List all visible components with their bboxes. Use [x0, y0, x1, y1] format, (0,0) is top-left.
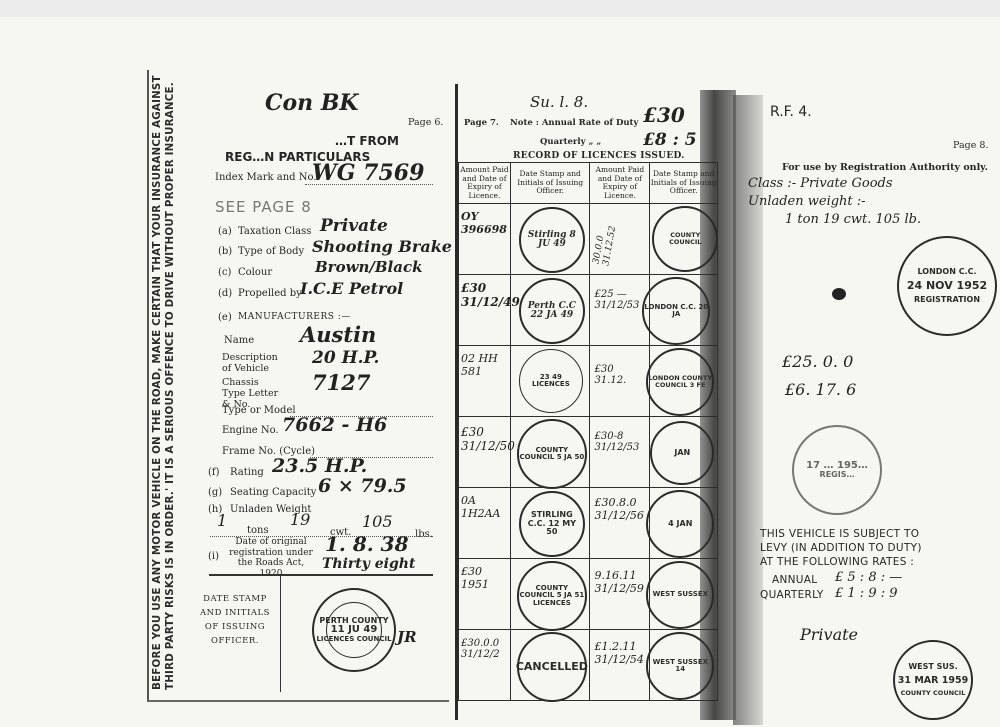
scan-background-strip — [0, 0, 1000, 18]
label-lbs: lbs. — [415, 529, 433, 540]
amount-cell: £30-8 31/12/53 — [594, 431, 646, 453]
stamp-bottom-text: REGISTRATION — [914, 296, 980, 304]
value-cwt: 19 — [290, 510, 310, 529]
key-f: (f) — [208, 467, 220, 478]
amount-cell: £30.0.0 31/12/2 — [461, 638, 509, 660]
stamp-bottom-text: COUNTY COUNCIL — [901, 690, 966, 697]
amount-cell: £25 — 31/12/53 — [594, 289, 646, 311]
licence-stamp: STIRLING C.C. 12 MY 50 — [519, 491, 585, 557]
divider-line — [280, 574, 281, 692]
levy-quarterly-value: £ 1 : 9 : 9 — [835, 586, 898, 601]
levy-line-1: THIS VEHICLE IS SUBJECT TO — [760, 527, 919, 541]
annotation-su-l-8: Su. l. 8. — [530, 93, 588, 111]
levy-quarterly-label: QUARTERLY — [760, 588, 824, 602]
amount-cell: £30 1951 — [461, 565, 509, 591]
page-number-6: Page 6. — [408, 117, 443, 128]
value-lbs: 105 — [362, 512, 393, 531]
insurance-warning-sidebar: BEFORE YOU USE ANY MOTOR VEHICLE ON THE … — [151, 70, 177, 690]
label-seating-capacity: Seating Capacity — [230, 487, 316, 498]
key-e: (e) — [218, 312, 232, 323]
london-cc-registration-stamp: LONDON C.C. 24 NOV 1952 REGISTRATION — [897, 236, 997, 336]
levy-line-2: LEVY (IN ADDITION TO DUTY) — [760, 541, 922, 555]
note-class: Class :- Private Goods — [748, 176, 893, 191]
page-number-8: Page 8. — [953, 140, 988, 151]
value-registration-date: 1. 8. 38 — [325, 532, 409, 556]
amount-cell: £30 31.12. — [594, 364, 646, 386]
label-propelled-by: Propelled by — [238, 288, 302, 299]
annotation-con-bk: Con BK — [265, 90, 359, 116]
faded-registration-stamp: 17 … 195… REGIS… — [792, 425, 882, 515]
value-engine-no: 7662 - H6 — [282, 414, 387, 436]
licence-stamp: COUNTY COUNCIL 5 JA 50 — [517, 419, 587, 489]
column-header: Date Stamp and Initials of Issuing Offic… — [510, 163, 590, 204]
west-sussex-county-council-stamp: WEST SUS. 31 MAR 1959 COUNTY COUNCIL — [893, 640, 973, 720]
amount-cell: 9.16.11 31/12/59 — [594, 569, 646, 595]
stamp-text: Stirling 8 JU 49 — [521, 231, 583, 250]
stamp-text: COUNTY COUNCIL 5 JA 51 LICENCES — [519, 585, 585, 607]
binding-shadow — [700, 90, 736, 720]
stamp-text: STIRLING C.C. 12 MY 50 — [521, 511, 583, 536]
table-row: OY 396698 Stirling 8 JU 49 30.0.0 31.12.… — [459, 204, 718, 275]
amount-25: £25. 0. 0 — [782, 352, 853, 371]
form-code: R.F. 4. — [770, 104, 812, 120]
label-colour: Colour — [238, 267, 272, 278]
key-g: (g) — [208, 487, 222, 498]
table-row: £30 31/12/50 COUNTY COUNCIL 5 JA 50 £30-… — [459, 417, 718, 488]
stamp-date: 24 NOV 1952 — [907, 280, 987, 292]
dotted-line — [305, 184, 433, 185]
date-stamp-box-label: DATE STAMP AND INITIALS OF ISSUING OFFIC… — [200, 592, 270, 648]
key-b: (b) — [218, 246, 232, 257]
value-taxation-class: Private — [320, 216, 388, 236]
column-header: Amount Paid and Date of Expiry of Licenc… — [590, 163, 650, 204]
amount-cell: £30 31/12/50 — [461, 425, 509, 453]
stamp-text: LONDON C.C. 20 JA — [644, 304, 708, 319]
value-chassis: 7127 — [312, 370, 370, 395]
key-d: (d) — [218, 288, 232, 299]
label-date-original-registration: Date of original registration under the … — [226, 537, 316, 579]
quarterly-label: Quarterly „ „ — [540, 137, 601, 147]
value-rating: 23.5 H.P. — [272, 455, 367, 477]
note-unladen-weight: Unladen weight :- — [748, 194, 866, 209]
issuing-officer-initials: JR — [397, 628, 417, 646]
label-tons: tons — [247, 525, 269, 536]
levy-annual-label: ANNUAL — [772, 573, 817, 587]
perth-county-council-stamp: PERTH COUNTY 11 JU 49 LICENCES COUNCIL — [312, 588, 396, 672]
levy-line-3: AT THE FOLLOWING RATES : — [760, 555, 914, 569]
label-type-of-body: Type of Body — [238, 246, 304, 257]
amount-cell: £30.8.0 31/12/56 — [594, 496, 646, 522]
note-weight-value: 1 ton 19 cwt. 105 lb. — [785, 212, 921, 227]
stamp-text: 4 JAN — [668, 520, 692, 528]
amount-cell: 30.0.0 31.12.52 — [592, 212, 621, 267]
stamp-top-text: WEST SUS. — [908, 663, 957, 671]
label-manufacturers: MANUFACTURERS :— — [238, 312, 351, 322]
table-row: 0A 1H2AA STIRLING C.C. 12 MY 50 £30.8.0 … — [459, 488, 718, 559]
licence-stamp: COUNTY COUNCIL 5 JA 51 LICENCES — [517, 561, 587, 631]
label-rating: Rating — [230, 467, 264, 478]
label-taxation-class: Taxation Class — [238, 226, 311, 237]
stamp-text: Perth C.C 22 JA 49 — [521, 302, 583, 321]
ink-blot — [832, 288, 846, 300]
licence-stamp: Perth C.C 22 JA 49 — [519, 278, 585, 344]
table-row: £30 1951 COUNTY COUNCIL 5 JA 51 LICENCES… — [459, 559, 718, 630]
annual-rate-value: £30 — [643, 103, 685, 127]
stamp-bottom-text: REGIS… — [820, 471, 855, 479]
stamp-text: CANCELLED — [516, 661, 588, 673]
heading-line-1: …T FROM — [335, 134, 399, 148]
stamp-text: 23 49 LICENCES — [520, 374, 582, 389]
amount-6-17-6: £6. 17. 6 — [785, 380, 856, 399]
key-a: (a) — [218, 226, 232, 237]
levy-annual-value: £ 5 : 8 : — — [835, 570, 902, 585]
signature: Private — [800, 625, 858, 644]
value-name: Austin — [300, 322, 376, 347]
stamp-top-text: LONDON C.C. — [917, 268, 976, 276]
amount-cell: OY 396698 — [461, 210, 509, 236]
key-i: (i) — [208, 551, 219, 562]
stamp-text: COUNTY COUNCIL 5 JA 50 — [519, 447, 585, 462]
cancelled-stamp: CANCELLED — [517, 632, 587, 702]
table-row: 02 HH 581 23 49 LICENCES £30 31.12. LOND… — [459, 346, 718, 417]
table-row: £30.0.0 31/12/2 CANCELLED £1.2.11 31/12/… — [459, 630, 718, 701]
note-annual-rate-label: Note : Annual Rate of Duty — [510, 118, 638, 128]
value-seating-capacity: 6 × 79.5 — [318, 475, 407, 497]
amount-cell: £30 31/12/49 — [461, 281, 509, 309]
label-description: Description of Vehicle — [222, 352, 280, 374]
value-index-mark: WG 7569 — [312, 160, 424, 186]
table-header-row: Amount Paid and Date of Expiry of Licenc… — [459, 163, 718, 204]
quarterly-rate-value: £8 : 5 — [643, 130, 697, 150]
registration-authority-heading: For use by Registration Authority only. — [782, 162, 988, 173]
value-colour: Brown/Black — [315, 258, 423, 276]
amount-cell: 02 HH 581 — [461, 352, 509, 378]
column-header: Amount Paid and Date of Expiry of Licenc… — [459, 163, 511, 204]
licence-record-table: Amount Paid and Date of Expiry of Licenc… — [458, 162, 718, 701]
amount-cell: £1.2.11 31/12/54 — [594, 640, 646, 666]
table-row: £30 31/12/49 Perth C.C 22 JA 49 £25 — 31… — [459, 275, 718, 346]
label-name: Name — [224, 335, 254, 346]
key-c: (c) — [218, 267, 231, 278]
record-of-licences-title: RECORD OF LICENCES ISSUED. — [513, 151, 685, 161]
licence-stamp: Stirling 8 JU 49 — [519, 207, 585, 273]
value-propelled-by: I.C.E Petrol — [300, 279, 403, 298]
value-description: 20 H.P. — [312, 348, 379, 368]
value-registration-date-words: Thirty eight — [322, 556, 415, 572]
divider-line — [209, 574, 433, 576]
see-page-8-overprint: SEE PAGE 8 — [215, 198, 312, 216]
licence-stamp: 23 49 LICENCES — [519, 349, 583, 413]
label-engine-no: Engine No. — [222, 425, 279, 436]
page-number-7: Page 7. — [464, 118, 499, 128]
stamp-text: JAN — [674, 449, 690, 457]
value-tons: 1 — [217, 511, 227, 530]
value-type-of-body: Shooting Brake — [312, 237, 452, 256]
stamp-inner-ring — [326, 602, 382, 658]
stamp-date: 31 MAR 1959 — [898, 676, 968, 686]
amount-cell: 0A 1H2AA — [461, 494, 509, 520]
label-index-mark: Index Mark and No. — [215, 172, 317, 183]
